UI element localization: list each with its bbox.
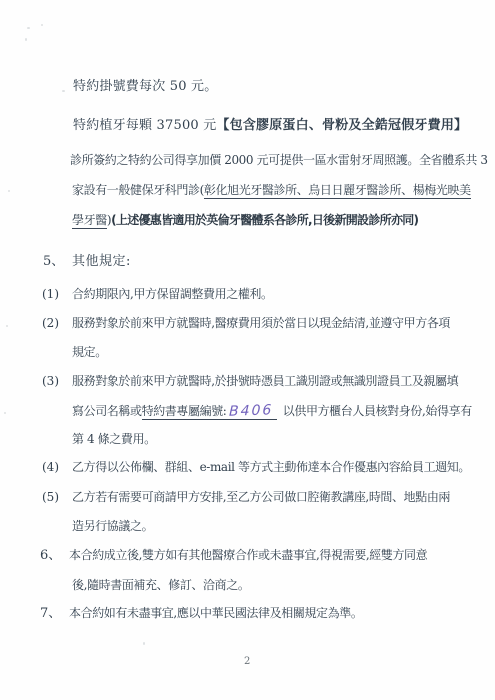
item-3-line-2: 寫公司名稱或特約書專屬編號:B406以供甲方櫃台人員核對身份,始得享有 [72,403,472,421]
section6-text-1: 本合約成立後,雙方如有其他醫療合作或未盡事宜,得視需要,經雙方同意 [69,548,427,562]
promo-line-1-text: 診所簽約之特約公司得享加價 2000 元可提供一區水雷射牙周照護。全省體系共 3 [70,153,488,167]
item-5-text-2: 造另行協議之。 [72,519,153,533]
item-2-text-1: 服務對象於前來甲方就醫時,醫療費用須於當日以現金結清,並遵守甲方各項 [72,316,450,330]
item-4-text: 乙方得以公佈欄、群組、e-mail 等方式主動佈達本合作優惠內容給員工週知。 [72,460,470,474]
clinic-name-continued-underlined: 學牙醫 [72,213,107,229]
item-5-number: (5) [42,490,72,505]
section6-number: 6、 [40,548,69,564]
section7-number: 7、 [40,606,69,622]
handwritten-contract-code: B406 [226,402,277,421]
item-3-text-2-pre: 寫公司名稱或 [72,404,142,418]
scan-speck [4,412,6,414]
page-number: 2 [244,656,250,667]
scan-speck [41,24,43,26]
item-3-line-1: (3)服務對象於前來甲方就醫時,於掛號時憑員工識別證或無識別證員工及親屬填 [42,374,458,389]
item-1-number: (1) [42,287,72,302]
section6-line-2: 後,隨時書面補充、修訂、洽商之。 [72,578,249,593]
promo-line-3: 學牙醫)(上述優惠皆適用於英倫牙醫體系各診所,日後新開設診所亦同) [72,213,418,228]
clinic-names-underlined: 彰化旭光牙醫診所、烏日日麗牙醫診所、楊梅光映美 [204,183,471,199]
section7-text-1: 本合約如有未盡事宜,應以中華民國法律及相關規定為準。 [69,606,362,620]
item-3-text-3: 第 4 條之費用。 [72,432,156,446]
section5-number: 5、 [43,254,72,270]
scan-speck [27,27,30,29]
fee-implant-line: 特約植牙每顆 37500 元【包含膠原蛋白、骨粉及全鋯冠假牙費用】 [73,118,467,134]
item-4-line-1: (4)乙方得以公佈欄、群組、e-mail 等方式主動佈達本合作優惠內容給員工週知… [42,460,470,475]
fee-registration-line: 特約掛號費每次 50 元。 [73,79,217,95]
contract-code-label: 特約書專屬編號: [142,404,227,418]
item-4-number: (4) [42,460,72,475]
scan-speck [25,38,27,41]
item-1-text: 合約期限內,甲方保留調整費用之權利。 [72,287,273,301]
item-2-line-1: (2)服務對象於前來甲方就醫時,醫療費用須於當日以現金結清,並遵守甲方各項 [42,316,450,331]
contract-code-underlined-group: 特約書專屬編號:B406 [142,404,277,420]
section6-text-2: 後,隨時書面補充、修訂、洽商之。 [72,578,249,592]
promo-note-gothic: (上述優惠皆適用於英倫牙醫體系各診所,日後新開設診所亦同) [111,213,418,227]
section7-line-1: 7、本合約如有未盡事宜,應以中華民國法律及相關規定為準。 [40,606,362,622]
item-3-line-3: 第 4 條之費用。 [72,432,156,447]
fee-implant-bracket-text: 【包含膠原蛋白、骨粉及全鋯冠假牙費用】 [216,118,467,133]
fee-registration-text: 特約掛號費每次 50 元。 [73,79,217,94]
item-3-number: (3) [42,374,72,389]
section5-title: 其他規定: [72,254,131,269]
section6-line-1: 6、本合約成立後,雙方如有其他醫療合作或未盡事宜,得視需要,經雙方同意 [40,548,427,564]
section5-heading: 5、其他規定: [43,254,131,270]
scan-speck [8,190,10,192]
scan-speck [6,325,8,327]
item-2-number: (2) [42,316,72,331]
item-5-text-1: 乙方若有需要可商請甲方安排,至乙方公司做口腔衛教講座,時間、地點由兩 [72,490,450,504]
item-5-line-2: 造另行協議之。 [72,519,153,534]
scan-speck [143,642,145,645]
scan-speck [62,90,65,92]
promo-line-1: 診所簽約之特約公司得享加價 2000 元可提供一區水雷射牙周照護。全省體系共 3 [70,153,488,168]
item-3-text-2-post: 以供甲方櫃台人員核對身份,始得享有 [283,404,472,418]
item-3-text-1: 服務對象於前來甲方就醫時,於掛號時憑員工識別證或無識別證員工及親屬填 [72,374,458,388]
item-5-line-1: (5)乙方若有需要可商請甲方安排,至乙方公司做口腔衛教講座,時間、地點由兩 [42,490,450,505]
promo-line-2-pre: 家設有一般健保牙科門診( [72,183,204,197]
fee-implant-text: 特約植牙每顆 37500 元 [73,118,216,133]
item-2-line-2: 規定。 [72,345,107,360]
item-2-text-2: 規定。 [72,345,107,359]
scanned-contract-page: 特約掛號費每次 50 元。 特約植牙每顆 37500 元【包含膠原蛋白、骨粉及全… [0,0,495,700]
promo-line-2: 家設有一般健保牙科門診(彰化旭光牙醫診所、烏日日麗牙醫診所、楊梅光映美 [72,183,471,198]
item-1-line-1: (1)合約期限內,甲方保留調整費用之權利。 [42,287,273,302]
